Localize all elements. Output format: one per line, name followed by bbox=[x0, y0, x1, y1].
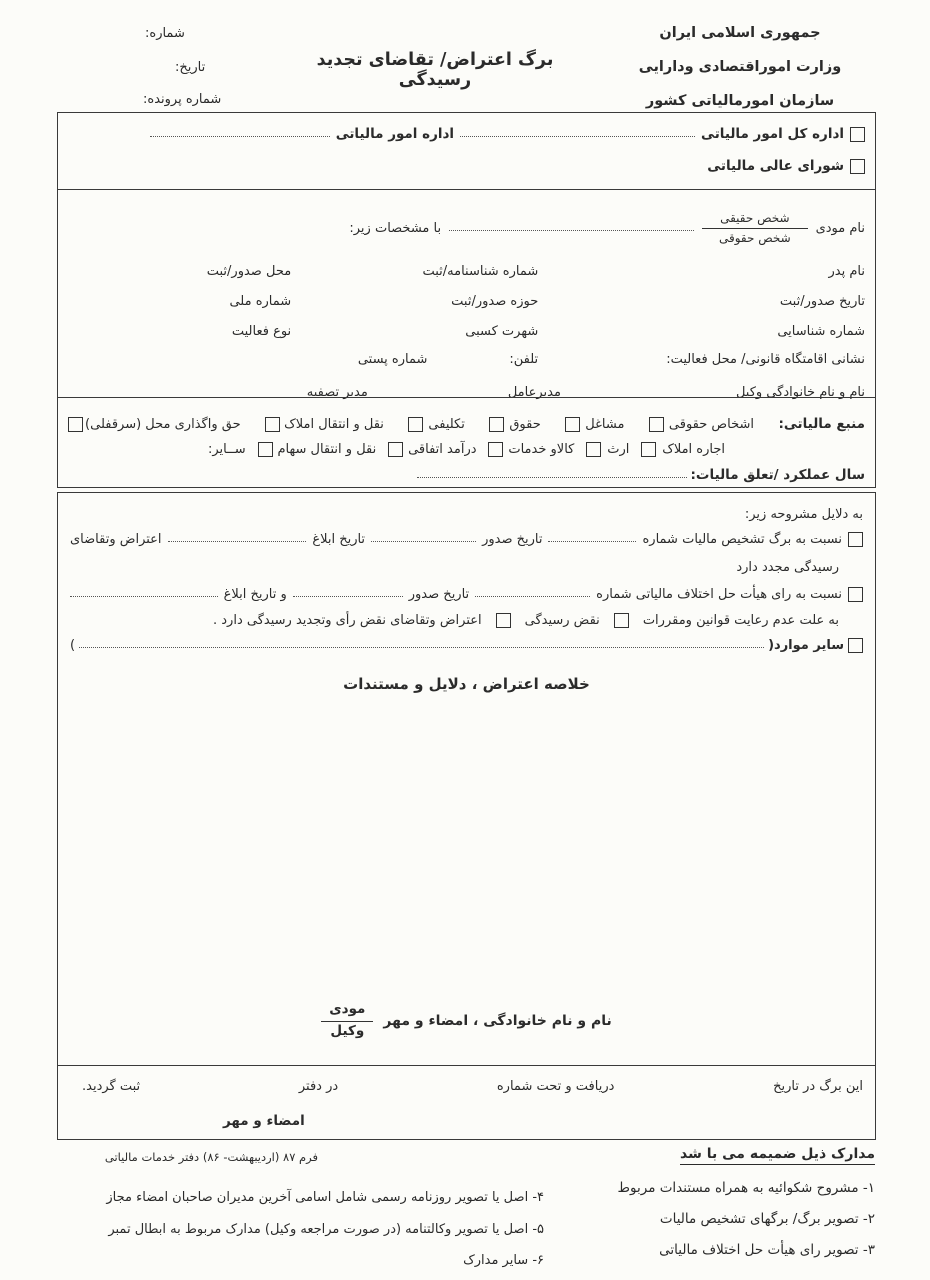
address-row: نشانی اقامتگاه قانونی/ محل فعالیت: تلفن:… bbox=[68, 352, 865, 367]
file-number-label: شماره پرونده: bbox=[143, 92, 221, 107]
property-rental-checkbox[interactable] bbox=[641, 442, 656, 457]
property-transfer-label: نقل و انتقال املاک bbox=[284, 417, 384, 432]
salary-label: حقوق bbox=[509, 417, 540, 432]
share-transfer-label: نقل و انتقال سهام bbox=[278, 442, 377, 457]
trade-name-label: شهرت کسبی bbox=[291, 324, 538, 339]
legal-residence-label: نشانی اقامتگاه قانونی/ محل فعالیت: bbox=[666, 352, 865, 367]
managing-director-label: مدیرعامل bbox=[508, 385, 561, 400]
org-line-country: جمهوری اسلامی ایران bbox=[590, 16, 890, 50]
assessment-notify-date-label: تاریخ ابلاغ bbox=[312, 532, 365, 547]
tax-year-row: سال عملکرد /تعلق مالیات: bbox=[68, 467, 865, 483]
tax-year-field[interactable] bbox=[417, 473, 687, 478]
divider-addressee bbox=[58, 189, 875, 190]
person-type-fraction: شخص حقیقی شخص حقوقی bbox=[702, 210, 808, 246]
assessment-lead-label: نسبت به برگ تشخیص مالیات شماره bbox=[642, 532, 842, 547]
signature-line: نام و نام خانوادگی ، امضاء و مهر مودی وک… bbox=[58, 1001, 875, 1040]
taxpayer-signer-label: مودی bbox=[321, 1001, 373, 1022]
org-line-ministry: وزارت اموراقتصادی ودارایی bbox=[590, 50, 890, 84]
tax-office-general-checkbox[interactable] bbox=[850, 127, 865, 142]
liquidator-label: مدیر تصفیه bbox=[307, 385, 368, 400]
tax-source-item: نقل و انتقال املاک bbox=[265, 417, 384, 432]
in-register-label: در دفتر bbox=[299, 1079, 338, 1094]
objection-item-assessment: نسبت به برگ تشخیص مالیات شماره تاریخ صدو… bbox=[70, 532, 863, 547]
phone-label: تلفن: bbox=[509, 352, 538, 367]
tax-source-item: مشاغل bbox=[565, 417, 624, 432]
tax-source-row-2: اجاره املاک ارث کالاو خدمات درآمد اتفاقی… bbox=[208, 442, 725, 457]
id-certificate-number-label: شماره شناسنامه/ثبت bbox=[291, 264, 538, 279]
taxpayer-name-row: نام مودی شخص حقیقی شخص حقوقی با مشخصات ز… bbox=[68, 210, 865, 246]
attachment-item-4: ۴- اصل یا تصویر روزنامه رسمی شامل اسامی … bbox=[72, 1182, 544, 1214]
form-number-note: فرم ۸۷ (اردیبهشت- ۸۶) دفتر خدمات مالیاتی bbox=[78, 1150, 318, 1164]
assessment-continuation: رسیدگی مجدد دارد bbox=[94, 560, 839, 575]
property-rental-label: اجاره املاک bbox=[662, 442, 725, 457]
signer-fraction: مودی وکیل bbox=[321, 1001, 373, 1040]
board-ruling-line-2: به علت عدم رعایت قوانین ومقررات نقض رسید… bbox=[94, 613, 839, 628]
assessment-issue-date-field[interactable] bbox=[371, 537, 476, 542]
taxpayer-name-field[interactable] bbox=[449, 226, 694, 231]
summary-heading: خلاصه اعتراض ، دلایل و مستندات bbox=[58, 675, 875, 693]
tax-source-item: حق واگذاری محل (سرقفلی) bbox=[68, 417, 241, 432]
procedural-defect-checkbox[interactable] bbox=[496, 613, 511, 628]
attachment-item-6: ۶- سایر مدارک bbox=[72, 1245, 544, 1277]
taxpayer-name-label: نام مودی bbox=[816, 221, 865, 236]
tax-source-row-1: منبع مالیاتی: اشخاص حقوقی مشاغل حقوق تکل… bbox=[68, 416, 865, 432]
issue-district-label: حوزه صدور/ثبت bbox=[291, 294, 538, 309]
salary-checkbox[interactable] bbox=[489, 417, 504, 432]
box-taxpayer-info: اداره کل امور مالیاتی اداره امور مالیاتی… bbox=[57, 112, 876, 488]
other-cases-label: سایر موارد( bbox=[768, 638, 844, 653]
tax-source-item: حقوق bbox=[489, 417, 540, 432]
other-cases-field[interactable] bbox=[79, 643, 764, 648]
withholding-checkbox[interactable] bbox=[408, 417, 423, 432]
attachment-item-3: ۳- تصویر رای هیأت حل اختلاف مالیاتی bbox=[545, 1235, 875, 1266]
board-ruling-issue-date-label: تاریخ صدور bbox=[409, 587, 469, 602]
tax-office-label: اداره امور مالیاتی bbox=[336, 126, 454, 142]
representative-row: نام و نام خانوادگی وکیل مدیرعامل مدیر تص… bbox=[68, 385, 865, 400]
tax-year-label: سال عملکرد /تعلق مالیات: bbox=[691, 467, 865, 483]
attachments-heading: مدارک ذیل ضمیمه می با شد bbox=[680, 1146, 875, 1165]
other-source-label: ســایر: bbox=[208, 442, 246, 457]
divider-registration bbox=[58, 1065, 875, 1066]
goodwill-checkbox[interactable] bbox=[68, 417, 83, 432]
assessment-tail-label: اعتراض وتقاضای bbox=[70, 532, 162, 547]
national-id-label: شماره ملی bbox=[68, 294, 291, 309]
assessment-objection-checkbox[interactable] bbox=[848, 532, 863, 547]
legal-persons-label: اشخاص حقوقی bbox=[669, 417, 754, 432]
date-label: تاریخ: bbox=[175, 60, 205, 75]
board-ruling-number-field[interactable] bbox=[475, 592, 590, 597]
tax-source-item: درآمد اتفاقی bbox=[388, 442, 476, 457]
tax-source-item: تکلیفی bbox=[408, 417, 464, 432]
office-signature-stamp-label: امضاء و مهر bbox=[223, 1113, 305, 1129]
tax-source-item: کالاو خدمات bbox=[488, 442, 574, 457]
postal-code-label: شماره پستی bbox=[358, 352, 428, 367]
property-transfer-checkbox[interactable] bbox=[265, 417, 280, 432]
attachment-item-2: ۲- تصویر برگ/ برگهای تشخیص مالیات bbox=[545, 1204, 875, 1235]
form-title: برگ اعتراض/ تقاضای تجدید رسیدگی bbox=[285, 50, 585, 90]
person-natural-label: شخص حقیقی bbox=[702, 210, 808, 229]
issue-place-label: محل صدور/ثبت bbox=[68, 264, 291, 279]
org-header: جمهوری اسلامی ایران وزارت اموراقتصادی ود… bbox=[590, 16, 890, 118]
reasons-intro: به دلایل مشروحه زیر: bbox=[70, 507, 863, 522]
signature-label: نام و نام خانوادگی ، امضاء و مهر bbox=[383, 1013, 611, 1029]
person-legal-label: شخص حقوقی bbox=[702, 229, 808, 246]
activity-type-label: نوع فعالیت bbox=[68, 324, 291, 339]
issue-date-label: تاریخ صدور/ثبت bbox=[538, 294, 865, 309]
identification-number-label: شماره شناسایی bbox=[538, 324, 865, 339]
businesses-checkbox[interactable] bbox=[565, 417, 580, 432]
divider-tax-source bbox=[58, 397, 875, 398]
registration-row: این برگ در تاریخ دریافت و تحت شماره در د… bbox=[82, 1079, 863, 1094]
inheritance-checkbox[interactable] bbox=[586, 442, 601, 457]
was-registered-label: ثبت گردید. bbox=[82, 1079, 140, 1094]
procedural-defect-label: نقض رسیدگی bbox=[525, 613, 600, 628]
attachments-block-right: مدارک ذیل ضمیمه می با شد ۱- مشروح شکوائی… bbox=[545, 1146, 875, 1266]
tax-office-general-field[interactable] bbox=[460, 132, 695, 137]
annulment-request-label: اعتراض وتقاضای نقض رأی وتجدید رسیدگی دار… bbox=[213, 613, 482, 628]
attachments-list-right: ۱- مشروح شکوائیه به همراه مستندات مربوط … bbox=[545, 1173, 875, 1266]
tax-source-item: نقل و انتقال سهام bbox=[258, 442, 377, 457]
received-under-number-label: دریافت و تحت شماره bbox=[497, 1079, 615, 1094]
tax-office-general-label: اداره کل امور مالیاتی bbox=[701, 126, 844, 142]
number-label: شماره: bbox=[145, 26, 185, 41]
assessment-number-field[interactable] bbox=[548, 537, 636, 542]
incidental-income-label: درآمد اتفاقی bbox=[408, 442, 476, 457]
objection-item-other: سایر موارد( ) bbox=[70, 638, 863, 653]
supreme-council-label: شورای عالی مالیاتی bbox=[707, 158, 844, 174]
share-transfer-checkbox[interactable] bbox=[258, 442, 273, 457]
businesses-label: مشاغل bbox=[585, 417, 624, 432]
board-ruling-lead-label: نسبت به رای هیأت حل اختلاف مالیاتی شماره bbox=[596, 587, 842, 602]
board-ruling-issue-date-field[interactable] bbox=[293, 592, 403, 597]
goods-services-checkbox[interactable] bbox=[488, 442, 503, 457]
other-cases-close-paren: ) bbox=[70, 638, 75, 653]
assessment-notify-date-field[interactable] bbox=[168, 537, 307, 542]
objection-item-board-ruling: نسبت به رای هیأت حل اختلاف مالیاتی شماره… bbox=[70, 587, 863, 602]
tax-office-field[interactable] bbox=[150, 132, 330, 137]
tax-source-item: اجاره املاک bbox=[641, 442, 725, 457]
supreme-council-checkbox[interactable] bbox=[850, 159, 865, 174]
goodwill-label: حق واگذاری محل (سرقفلی) bbox=[85, 417, 241, 432]
father-name-label: نام پدر bbox=[538, 264, 865, 279]
attachments-block-left: ۴- اصل یا تصویر روزنامه رسمی شامل اسامی … bbox=[72, 1182, 544, 1277]
taxpayer-details-grid: نام پدر شماره شناسنامه/ثبت محل صدور/ثبت … bbox=[68, 256, 865, 346]
goods-services-label: کالاو خدمات bbox=[508, 442, 574, 457]
tax-source-label: منبع مالیاتی: bbox=[778, 416, 865, 432]
legal-persons-checkbox[interactable] bbox=[649, 417, 664, 432]
addressee-row-2: شورای عالی مالیاتی bbox=[68, 158, 865, 174]
attorney-name-label: نام و نام خانوادگی وکیل bbox=[736, 385, 865, 400]
assessment-issue-date-label: تاریخ صدور bbox=[482, 532, 542, 547]
noncompliance-checkbox[interactable] bbox=[614, 613, 629, 628]
withholding-label: تکلیفی bbox=[428, 417, 464, 432]
board-ruling-notify-date-field[interactable] bbox=[70, 592, 218, 597]
received-on-date-label: این برگ در تاریخ bbox=[773, 1079, 863, 1094]
incidental-income-checkbox[interactable] bbox=[388, 442, 403, 457]
noncompliance-label: به علت عدم رعایت قوانین ومقررات bbox=[643, 613, 839, 628]
tax-source-item: اشخاص حقوقی bbox=[649, 417, 754, 432]
with-details-label: با مشخصات زیر: bbox=[349, 221, 441, 236]
tax-source-item: ارث bbox=[586, 442, 629, 457]
other-cases-checkbox[interactable] bbox=[848, 638, 863, 653]
attachment-item-1: ۱- مشروح شکوائیه به همراه مستندات مربوط bbox=[545, 1173, 875, 1204]
box-objection-details: به دلایل مشروحه زیر: نسبت به برگ تشخیص م… bbox=[57, 492, 876, 1140]
board-ruling-notify-date-label: و تاریخ ابلاغ bbox=[224, 587, 287, 602]
attachment-item-5: ۵- اصل یا تصویر وکالتنامه (در صورت مراجع… bbox=[72, 1214, 544, 1246]
addressee-row-1: اداره کل امور مالیاتی اداره امور مالیاتی bbox=[68, 126, 865, 142]
board-ruling-checkbox[interactable] bbox=[848, 587, 863, 602]
inheritance-label: ارث bbox=[607, 442, 629, 457]
tax-objection-form-page: جمهوری اسلامی ایران وزارت اموراقتصادی ود… bbox=[0, 0, 930, 1280]
attorney-signer-label: وکیل bbox=[321, 1022, 373, 1041]
